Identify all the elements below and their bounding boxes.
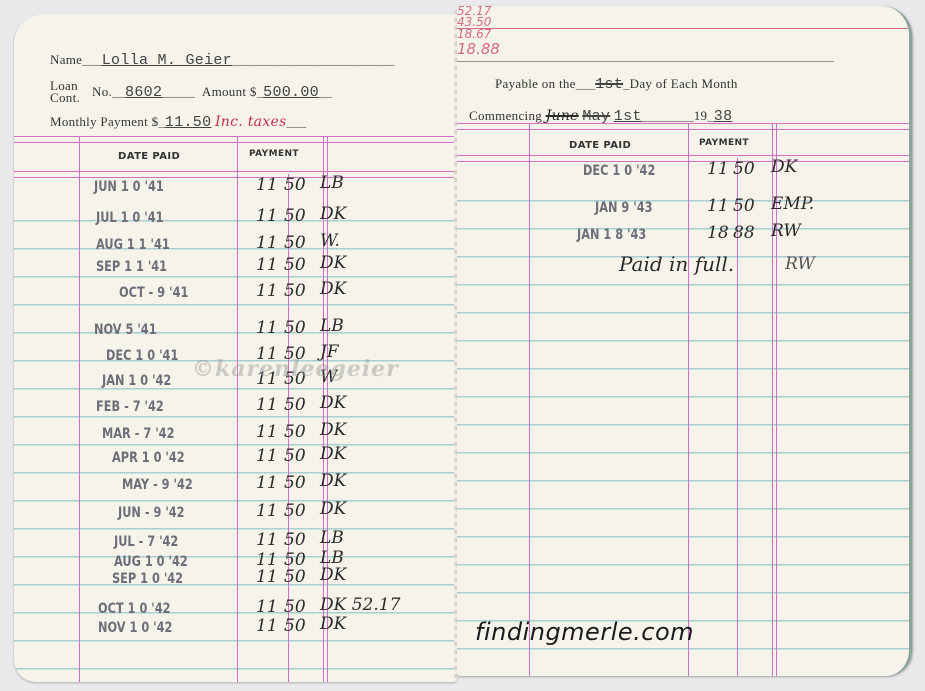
payment-dollars: 11 bbox=[707, 196, 729, 216]
clerk-initials: EMP. bbox=[771, 194, 814, 214]
payment-cents: 50 bbox=[284, 530, 306, 550]
header-band-top bbox=[14, 136, 457, 143]
loan-number: 8602 bbox=[125, 84, 162, 101]
clerk-initials: DK bbox=[320, 253, 346, 273]
payment-dollars: 11 bbox=[256, 567, 278, 587]
payment-dollars: 11 bbox=[256, 501, 278, 521]
payment-dollars: 11 bbox=[256, 318, 278, 338]
name-label: Name bbox=[50, 52, 82, 67]
date-paid-stamp: DEC 1 0 '41 bbox=[106, 348, 178, 364]
clerk-initials: LB bbox=[320, 528, 344, 548]
date-paid-stamp: AUG 1 0 '42 bbox=[114, 554, 188, 570]
payment-cents: 50 bbox=[284, 175, 306, 195]
payment-dollars: 18 bbox=[707, 223, 729, 243]
date-paid-stamp: MAY - 9 '42 bbox=[122, 477, 193, 493]
clerk-initials: DK bbox=[320, 393, 346, 413]
cont-label: Cont. bbox=[50, 92, 80, 104]
commencing-label: Commencing bbox=[469, 108, 542, 123]
payment-dollars: 11 bbox=[256, 597, 278, 617]
ledger-right-page: 52.17 43.50 18.67 18.88 ________________… bbox=[457, 6, 912, 676]
payment-cents: 50 bbox=[284, 616, 306, 636]
calc-line-1: 52.17 bbox=[457, 6, 909, 17]
payment-cents: 50 bbox=[284, 395, 306, 415]
payment-dollars: 11 bbox=[256, 233, 278, 253]
date-paid-stamp: APR 1 0 '42 bbox=[112, 450, 185, 466]
clerk-initials: DK bbox=[320, 565, 346, 585]
date-paid-stamp: DEC 1 0 '42 bbox=[583, 163, 655, 179]
commencing-month-handwritten: June bbox=[546, 108, 579, 124]
payable-day: 1st bbox=[595, 76, 623, 93]
column-divider-margin bbox=[79, 136, 80, 682]
payment-cents: 50 bbox=[284, 422, 306, 442]
date-paid-stamp: NOV 1 0 '42 bbox=[98, 620, 172, 636]
date-paid-stamp: JAN 1 0 '42 bbox=[102, 373, 171, 389]
date-paid-stamp: OCT - 9 '41 bbox=[119, 285, 188, 301]
payment-cents: 50 bbox=[284, 233, 306, 253]
payment-dollars: 11 bbox=[256, 473, 278, 493]
date-paid-stamp: OCT 1 0 '42 bbox=[98, 601, 171, 617]
column-divider-margin bbox=[529, 123, 530, 676]
payment-cents: 50 bbox=[284, 318, 306, 338]
monthly-payment-value: 11.50 bbox=[165, 114, 212, 131]
date-paid-stamp: SEP 1 1 '41 bbox=[96, 259, 167, 275]
column-header-payment: PAYMENT bbox=[249, 149, 299, 159]
payment-cents: 50 bbox=[284, 473, 306, 493]
payment-dollars: 11 bbox=[256, 255, 278, 275]
payment-cents: 50 bbox=[284, 446, 306, 466]
copyright-watermark: ©karenleegeier bbox=[192, 356, 399, 382]
payment-dollars: 11 bbox=[256, 422, 278, 442]
column-header-date-paid: DATE PAID bbox=[569, 140, 631, 151]
payable-field: Payable on the___1st_Day of Each Month bbox=[495, 76, 738, 93]
ledger-left-page: Name___Lolla M. Geier___________________… bbox=[14, 14, 457, 682]
date-paid-stamp: MAR - 7 '42 bbox=[102, 426, 174, 442]
column-divider-date bbox=[688, 123, 689, 676]
clerk-initials: LB bbox=[320, 316, 344, 336]
ruled-lines bbox=[457, 174, 909, 676]
payment-dollars: 11 bbox=[256, 616, 278, 636]
payment-dollars: 11 bbox=[256, 446, 278, 466]
loan-number-field: No.__8602_____ Amount $_500.00__ bbox=[92, 84, 332, 101]
payment-cents: 50 bbox=[284, 567, 306, 587]
date-paid-stamp: NOV 5 '41 bbox=[94, 322, 157, 338]
payment-dollars: 11 bbox=[256, 206, 278, 226]
date-paid-stamp: JAN 9 '43 bbox=[595, 200, 653, 216]
monthly-payment-field: Monthly Payment $_11.50 Inc. taxes___ bbox=[50, 114, 306, 131]
date-paid-stamp: JUN 1 0 '41 bbox=[94, 179, 164, 195]
clerk-initials: W. bbox=[320, 231, 340, 251]
calc-line-3: 18.67 bbox=[457, 29, 909, 40]
payment-cents: 50 bbox=[284, 255, 306, 275]
payable-label: Payable on the bbox=[495, 76, 576, 91]
header-band-bottom bbox=[14, 171, 457, 178]
payment-dollars: 11 bbox=[256, 175, 278, 195]
no-label: No. bbox=[92, 84, 112, 99]
amount-value: 500.00 bbox=[263, 84, 319, 101]
name-field: Name___Lolla M. Geier___________________… bbox=[50, 52, 394, 69]
clerk-initials: DK bbox=[320, 279, 346, 299]
monthly-payment-label: Monthly Payment $ bbox=[50, 114, 158, 129]
payment-dollars: 11 bbox=[256, 281, 278, 301]
column-header-date-paid: DATE PAID bbox=[118, 151, 180, 162]
clerk-initials: DK bbox=[320, 444, 346, 464]
date-paid-stamp: SEP 1 0 '42 bbox=[112, 571, 183, 587]
payment-cents: 88 bbox=[733, 223, 755, 243]
date-paid-stamp: JUL - 7 '42 bbox=[114, 534, 178, 550]
paid-in-full-initials: RW bbox=[785, 254, 815, 274]
site-watermark: findingmerle.com bbox=[475, 618, 694, 646]
clerk-initials: DK bbox=[320, 204, 346, 224]
payment-cents: 50 bbox=[733, 196, 755, 216]
date-paid-stamp: JAN 1 8 '43 bbox=[577, 227, 646, 243]
name-value: Lolla M. Geier bbox=[102, 52, 232, 69]
payment-cents: 50 bbox=[284, 206, 306, 226]
payment-cents: 50 bbox=[284, 281, 306, 301]
date-paid-stamp: JUL 1 0 '41 bbox=[96, 210, 164, 226]
payment-dollars: 11 bbox=[256, 530, 278, 550]
payment-dollars: 11 bbox=[707, 159, 729, 179]
payment-cents: 50 bbox=[284, 597, 306, 617]
column-divider-date bbox=[237, 136, 238, 682]
calc-line-2: 43.50 bbox=[457, 17, 909, 29]
name-continuation-line: ________________________________________… bbox=[457, 48, 834, 64]
clerk-initials: DK bbox=[771, 157, 797, 177]
header-band-top bbox=[457, 123, 909, 130]
clerk-initials: DK bbox=[320, 420, 346, 440]
column-header-payment: PAYMENT bbox=[699, 138, 749, 148]
header-band-bottom bbox=[457, 155, 909, 162]
date-paid-stamp: AUG 1 1 '41 bbox=[96, 237, 170, 253]
payment-dollars: 11 bbox=[256, 395, 278, 415]
clerk-initials: DK bbox=[320, 471, 346, 491]
payment-cents: 50 bbox=[733, 159, 755, 179]
date-paid-stamp: FEB - 7 '42 bbox=[96, 399, 164, 415]
payment-cents: 50 bbox=[284, 501, 306, 521]
year-prefix: 19 bbox=[694, 108, 708, 123]
pencil-calculation: 52.17 43.50 18.67 bbox=[457, 6, 909, 40]
clerk-initials: DK bbox=[320, 614, 346, 634]
clerk-initials: LB bbox=[320, 173, 344, 193]
clerk-initials: DK 52.17 bbox=[320, 595, 400, 615]
date-paid-stamp: JUN - 9 '42 bbox=[118, 505, 185, 521]
clerk-initials: RW bbox=[771, 221, 801, 241]
payable-suffix: Day of Each Month bbox=[630, 76, 738, 91]
loan-label-stack: Loan Cont. bbox=[50, 80, 80, 104]
paid-in-full-note: Paid in full. bbox=[619, 252, 734, 276]
monthly-payment-note: Inc. taxes bbox=[215, 114, 287, 130]
amount-label: Amount $ bbox=[202, 84, 257, 99]
clerk-initials: DK bbox=[320, 499, 346, 519]
